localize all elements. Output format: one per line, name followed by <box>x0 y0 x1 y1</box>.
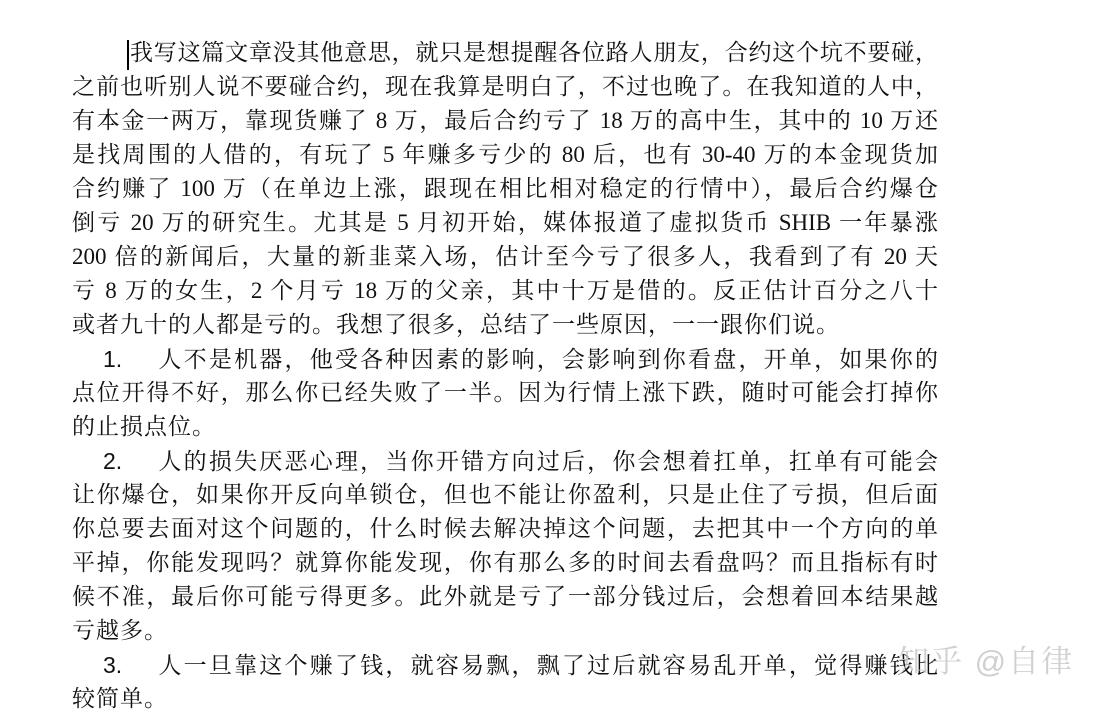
list-number: 2. <box>103 448 122 474</box>
text-line[interactable]: 或者九十的人都是亏的。我想了很多，总结了一些原因，一一跟你们说。 <box>72 308 938 342</box>
document-text-area[interactable]: 我写这篇文章没其他意思，就只是想提醒各位路人朋友，合约这个坑不要碰，之前也听别人… <box>72 36 938 715</box>
list-number: 1. <box>103 346 122 372</box>
text-line[interactable]: 有本金一两万，靠现货赚了 8 万，最后合约亏了 18 万的高中生，其中的 10 … <box>72 104 938 138</box>
watermark-text: 知乎 @自律 <box>898 644 1074 679</box>
text-line[interactable]: 我写这篇文章没其他意思，就只是想提醒各位路人朋友，合约这个坑不要碰， <box>72 36 938 70</box>
text-line[interactable]: 3.人一旦靠这个赚了钱，就容易飘，飘了过后就容易乱开单，觉得赚钱比 <box>72 648 938 682</box>
text-line[interactable]: 平掉，你能发现吗？就算你能发现，你有那么多的时间去看盘吗？而且指标有时 <box>72 546 938 580</box>
text-line[interactable]: 候不准，最后你可能亏得更多。此外就是亏了一部分钱过后，会想着回本结果越 <box>72 580 938 614</box>
text-line[interactable]: 较简单。 <box>72 682 938 715</box>
text-line[interactable]: 点位开得不好，那么你已经失败了一半。因为行情上涨下跌，随时可能会打掉你 <box>72 376 938 410</box>
text-line[interactable]: 是找周围的人借的，有玩了 5 年赚多亏少的 80 后，也有 30-40 万的本金… <box>72 138 938 172</box>
text-cursor <box>127 40 129 70</box>
text-line[interactable]: 2.人的损失厌恶心理，当你开错方向过后，你会想着扛单，扛单有可能会 <box>72 444 938 478</box>
document-page: 我写这篇文章没其他意思，就只是想提醒各位路人朋友，合约这个坑不要碰，之前也听别人… <box>0 0 1111 715</box>
text-line[interactable]: 合约赚了 100 万（在单边上涨，跟现在相比相对稳定的行情中），最后合约爆仓 <box>72 172 938 206</box>
text-line[interactable]: 之前也听别人说不要碰合约，现在我算是明白了，不过也晚了。在我知道的人中， <box>72 70 938 104</box>
text-line[interactable]: 亏 8 万的女生，2 个月亏 18 万的父亲，其中十万是借的。反正估计百分之八十 <box>72 274 938 308</box>
text-line[interactable]: 让你爆仓，如果你开反向单锁仓，但也不能让你盈利，只是止住了亏损，但后面 <box>72 478 938 512</box>
text-line[interactable]: 亏越多。 <box>72 614 938 648</box>
text-line[interactable]: 的止损点位。 <box>72 410 938 444</box>
text-line[interactable]: 1.人不是机器，他受各种因素的影响，会影响到你看盘，开单，如果你的 <box>72 342 938 376</box>
list-number: 3. <box>103 652 122 678</box>
text-line[interactable]: 倒亏 20 万的研究生。尤其是 5 月初开始，媒体报道了虚拟货币 SHIB 一年… <box>72 206 938 240</box>
text-line[interactable]: 200 倍的新闻后，大量的新韭菜入场，估计至今亏了很多人，我看到了有 20 天 <box>72 240 938 274</box>
watermark: 知乎 @自律 <box>898 645 1074 679</box>
text-line[interactable]: 你总要去面对这个问题的，什么时候去解决掉这个问题，去把其中一个方向的单 <box>72 512 938 546</box>
